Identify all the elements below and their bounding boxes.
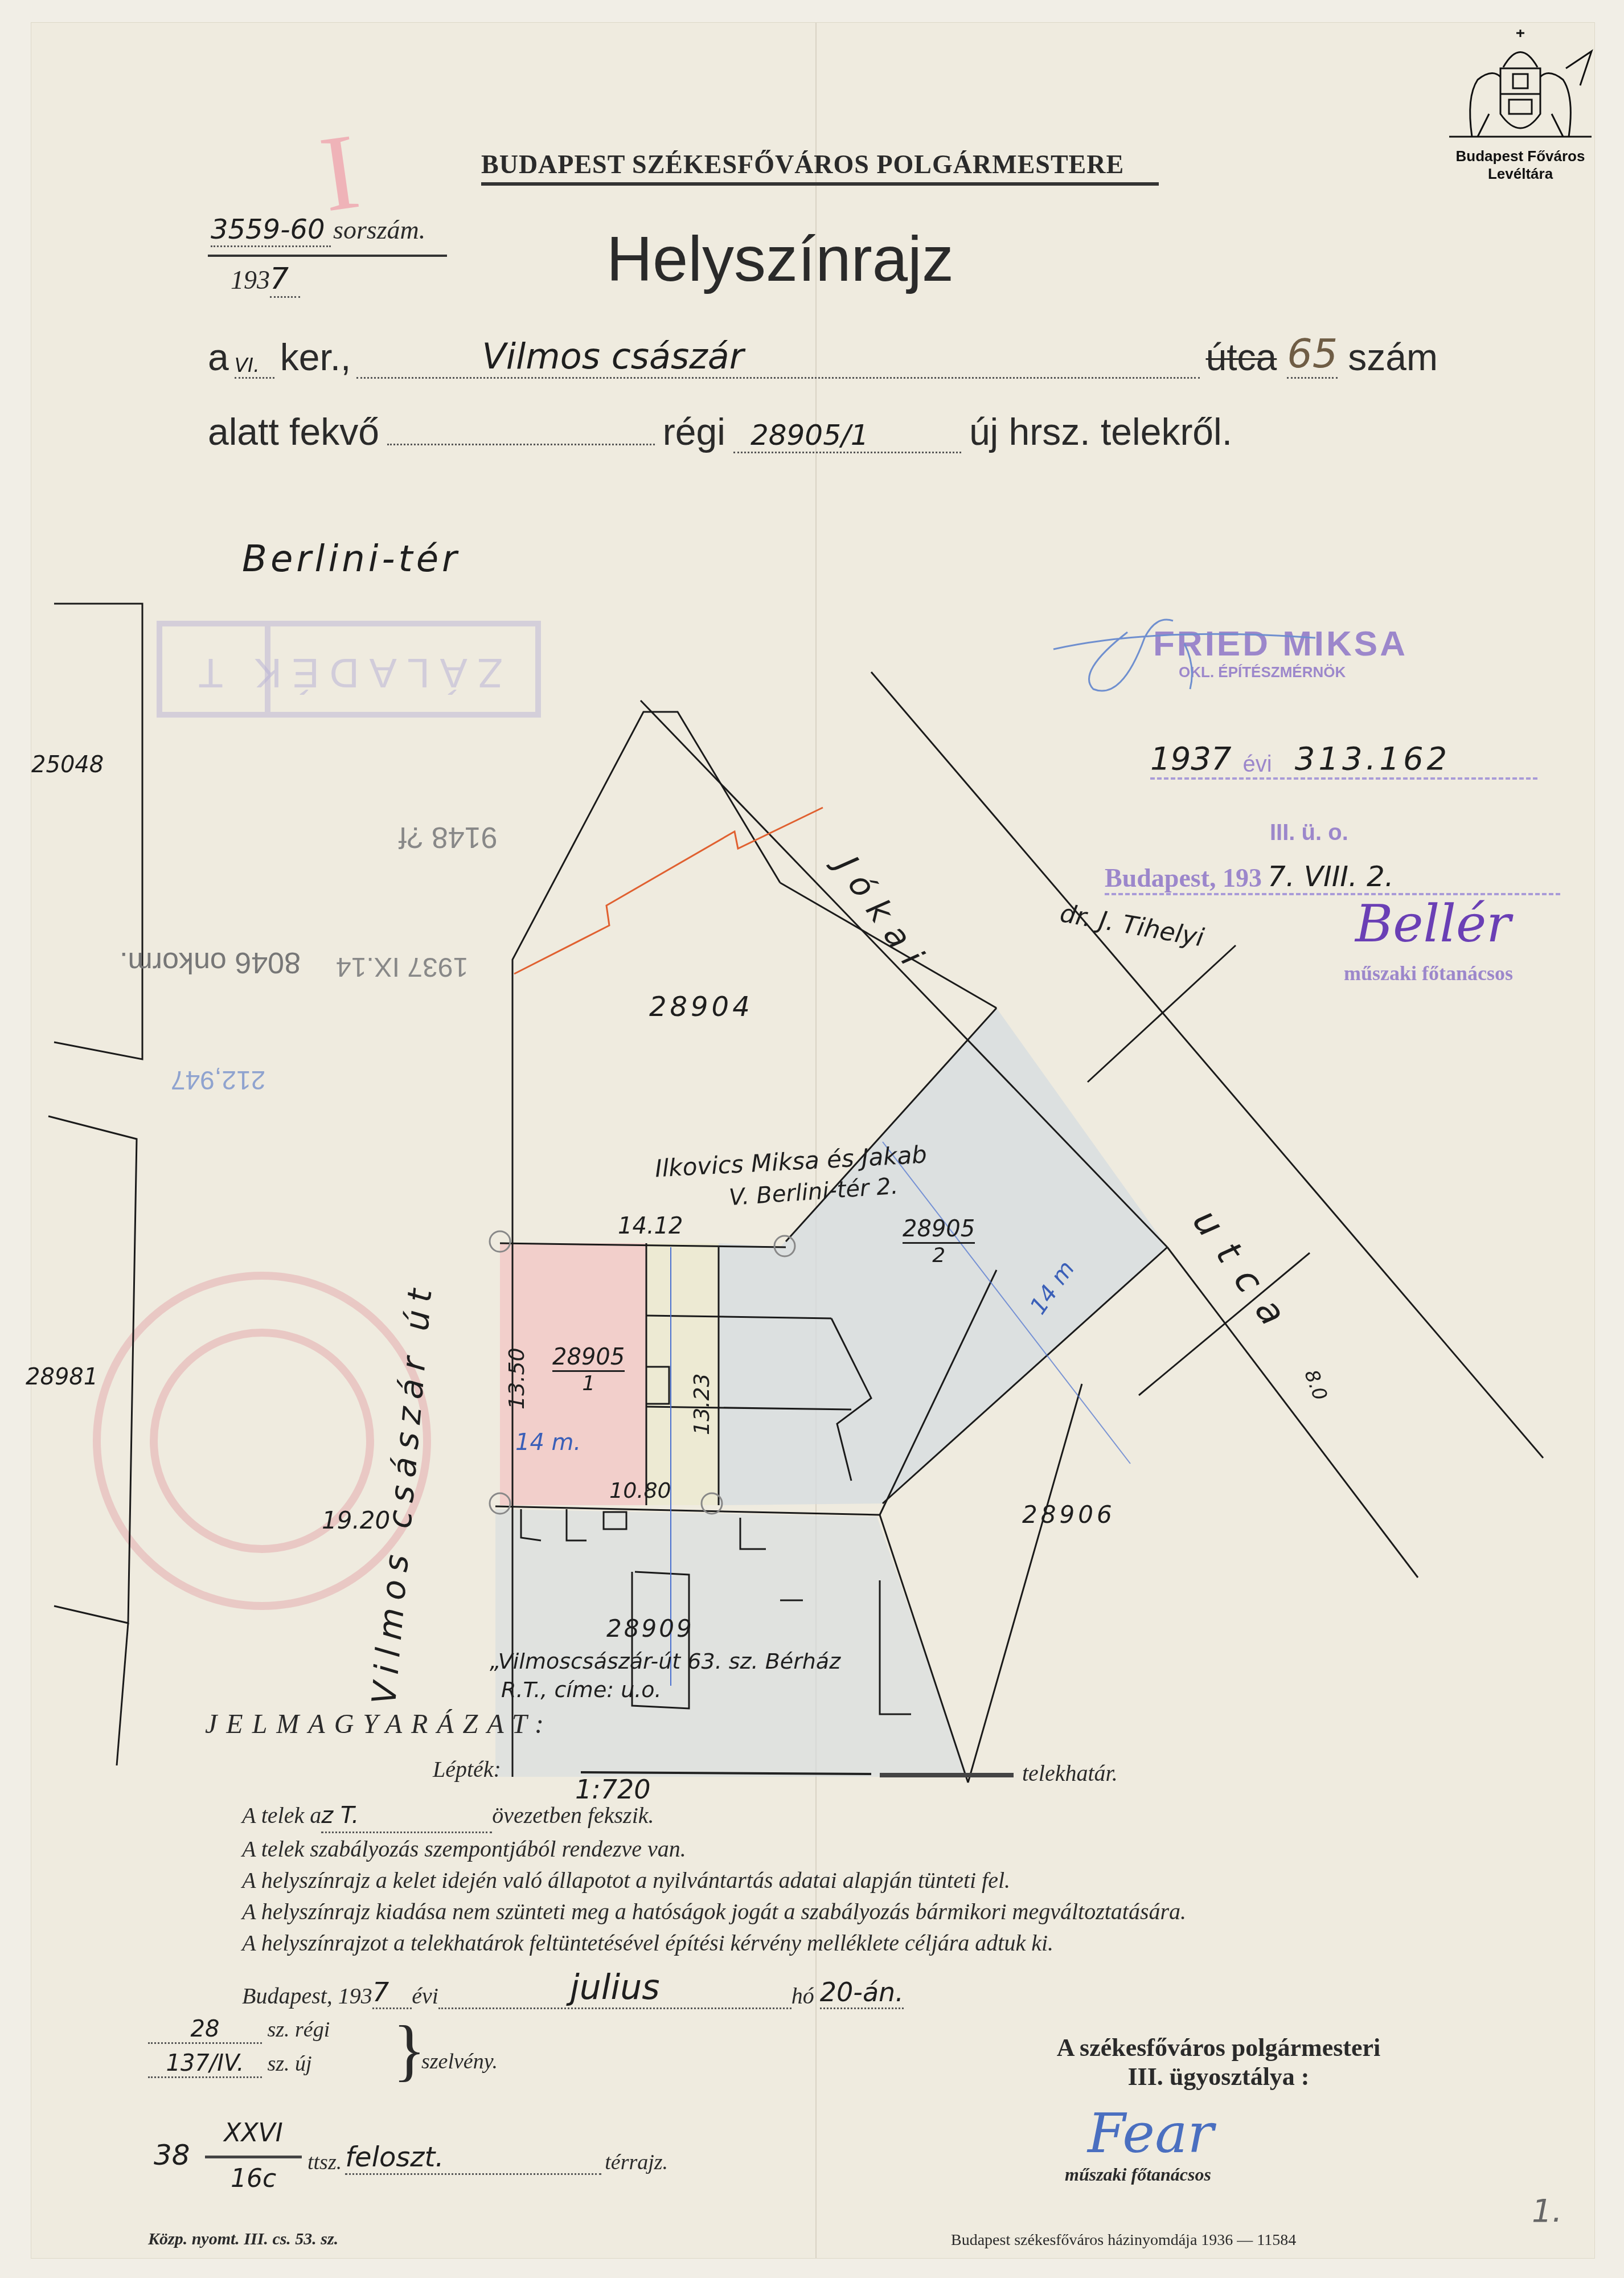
issue-date-month: julius — [438, 1968, 792, 2009]
sheet-label: szelvény. — [421, 2049, 498, 2074]
parcel-28905-2-label: 28905 2 — [903, 1216, 975, 1267]
legend-notes: A telek az T.övezetben fekszik. A telek … — [242, 1800, 1186, 1959]
parcel-28981: 28981 — [26, 1364, 98, 1390]
sheet-new-value: 137/IV. — [148, 2050, 262, 2078]
legend-zone-value: z T. — [321, 1800, 492, 1833]
legend-line-5: A helyszínrajzot a telekhatárok feltünte… — [242, 1927, 1186, 1959]
ttsz-row: ttsz. feloszt. térrajz. — [307, 2141, 668, 2175]
boundary-legend-label: telekhatár. — [1022, 1760, 1118, 1787]
owner-28909-address: R.T., címe: u.o. — [501, 1677, 662, 1702]
page-number: 1. — [1532, 2193, 1562, 2230]
office-line-1: A székesfőváros polgármesteri — [962, 2033, 1475, 2062]
vilmos-width: 19.20 — [322, 1506, 390, 1534]
sheet-old-label: sz. régi — [268, 2018, 330, 2042]
dimension-14m-a: 14 m. — [515, 1429, 581, 1456]
print-note-left: Közp. nyomt. III. cs. 53. sz. — [148, 2230, 338, 2249]
terrajz-label: térrajz. — [605, 2150, 668, 2175]
parcel-28909-fill — [495, 1509, 968, 1777]
legend-heading: JELMAGYARÁZAT: — [205, 1708, 553, 1740]
ttsz-fill: feloszt. — [345, 2141, 601, 2175]
legend-zone-prefix: A telek a — [242, 1802, 321, 1828]
registration-line: 1937 évi 313.162 — [1150, 740, 1537, 780]
office-signature: Fear — [1088, 2101, 1213, 2165]
parcel-25048: 25048 — [31, 752, 104, 778]
ttsz-top: XXVI — [211, 2119, 296, 2148]
parcel-28909: 28909 — [606, 1615, 694, 1642]
ttsz-bottom: 16c — [211, 2164, 296, 2193]
pencil-note-2: 1937 IX.14 — [336, 951, 468, 982]
parcel-28905-1-label: 28905 1 — [552, 1344, 625, 1395]
ttsz-prefix: 38 — [154, 2138, 190, 2172]
stamp-signature-title: műszaki főtanácsos — [1344, 961, 1513, 985]
sheet-old-value: 28 — [148, 2016, 262, 2044]
orange-boundary-line — [514, 808, 823, 974]
registration-evi: évi — [1243, 752, 1272, 777]
registration-year: 1937 — [1150, 740, 1232, 777]
sheet-old-row: 28 sz. régi — [148, 2016, 330, 2044]
legend-line-3: A helyszínrajz a kelet idején való állap… — [242, 1865, 1186, 1896]
owner-28909: „Vilmoscsászár-út 63. sz. Bérház — [490, 1649, 840, 1674]
parcel-28906: 28906 — [1022, 1501, 1116, 1529]
blue-pencil-note: 212,947 — [171, 1065, 265, 1096]
parcel-28905-1-sub: 1 — [552, 1372, 625, 1395]
issue-date-prefix: Budapest, 193 — [242, 1982, 372, 2009]
parcel-28905-2-id: 28905 — [903, 1216, 975, 1244]
issue-date-evi: évi — [412, 1982, 438, 2009]
sheet-new-label: sz. új — [268, 2052, 312, 2076]
legend-line-2: A telek szabályozás szempontjából rendez… — [242, 1833, 1186, 1865]
dimension-left: 13.50 — [504, 1347, 529, 1410]
office-line-2: III. ügyosztálya : — [962, 2062, 1475, 2091]
issue-date-day: 20-án. — [820, 1977, 904, 2009]
parcel-28905-2-sub: 2 — [903, 1244, 975, 1267]
scale-label: Lépték: — [433, 1756, 501, 1783]
pencil-note-3: 8046 onkorm. — [120, 945, 301, 980]
sheet-new-row: 137/IV. sz. új — [148, 2050, 312, 2078]
stamp-signature: Bellér — [1355, 894, 1511, 954]
parcel-28904: 28904 — [649, 991, 753, 1023]
engineer-signature — [1042, 604, 1327, 706]
office-signature-title: műszaki főtanácsos — [1065, 2164, 1211, 2185]
print-note-right: Budapest székesfőváros házinyomdája 1936… — [951, 2231, 1296, 2250]
department-stamp: III. ü. o. — [1270, 820, 1348, 846]
dimension-bottom: 10.80 — [609, 1478, 671, 1503]
legend-line-zone: A telek az T.övezetben fekszik. — [242, 1800, 1186, 1833]
stamp-date-prefix: Budapest, 193 — [1105, 863, 1262, 893]
registration-number: 313.162 — [1295, 740, 1451, 777]
square-label: Berlini-tér — [242, 538, 460, 580]
stamp-date-hand: 7. VIII. 2. — [1268, 860, 1394, 893]
ttsz-label: ttsz. — [307, 2150, 342, 2175]
dimension-top: 14.12 — [618, 1213, 683, 1239]
ttsz-rule — [205, 2156, 302, 2158]
pencil-note-1: 9148 ?f — [399, 820, 498, 854]
issue-date-line: Budapest, 193 7 évi julius hó 20-án. — [242, 1968, 904, 2009]
legend-zone-suffix: övezetben fekszik. — [492, 1802, 654, 1828]
faded-stamp-text: ZÁLADÉK T — [188, 649, 503, 696]
sheet-brace: } — [393, 2016, 426, 2084]
dimension-middle: 13.23 — [689, 1373, 714, 1435]
office-block: A székesfőváros polgármesteri III. ügyos… — [962, 2033, 1475, 2091]
legend-line-4: A helyszínrajz kiadása nem szünteti meg … — [242, 1896, 1186, 1927]
stamp-date-line: Budapest, 193 7. VIII. 2. — [1105, 860, 1560, 895]
issue-date-ho: hó — [792, 1982, 814, 2009]
issue-date-year: 7 — [372, 1977, 412, 2009]
parcel-28905-1-id: 28905 — [552, 1344, 625, 1372]
